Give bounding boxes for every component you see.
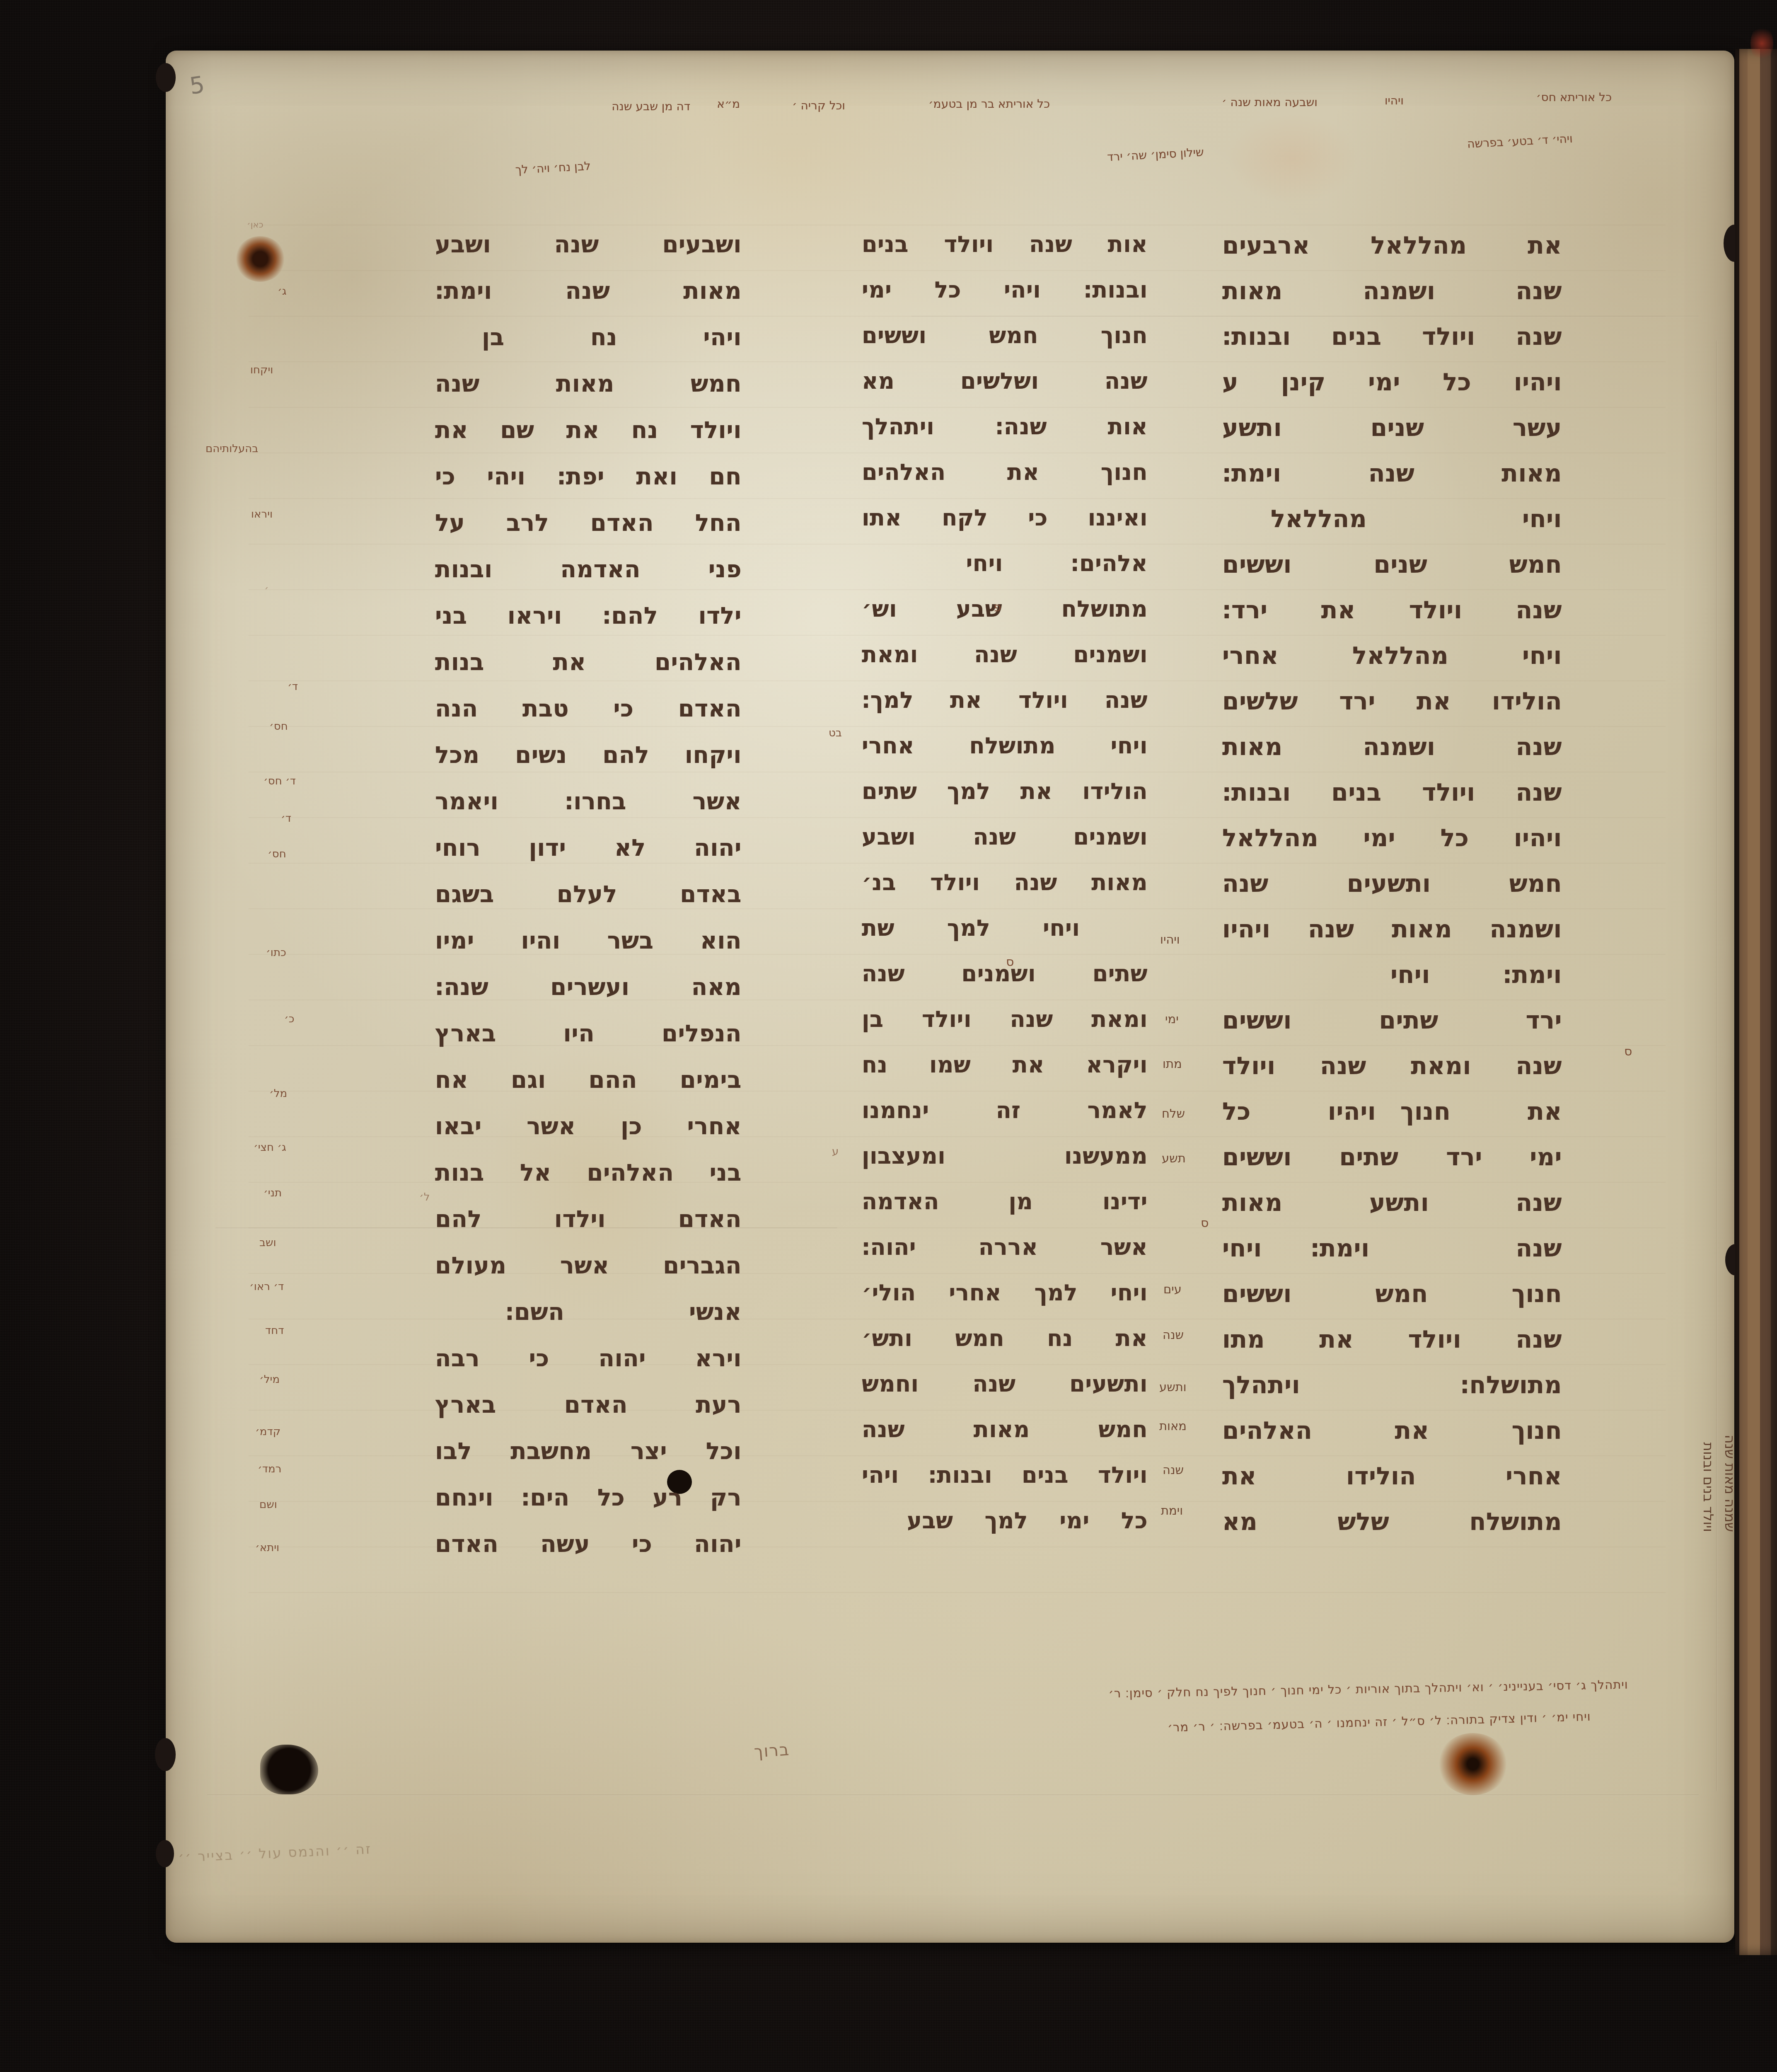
text-column-right: את מהללאל ארבעיםשנה ושמנה מאותשנה ויולד … (1222, 231, 1562, 1553)
text-line: ואיננו כי לקח אתו (862, 505, 1148, 550)
masorah-parva-note: ושם (259, 1498, 277, 1511)
masorah-parva-note: ע (832, 1145, 839, 1158)
gutter-correction-word: ויהיו (1160, 932, 1180, 946)
masorah-parva-note: ד׳ ראו׳ (249, 1280, 284, 1293)
masorah-top-fragment: דה מן שבע שנה (545, 99, 690, 113)
masorah-parva-note: ג׳ חצי׳ (254, 1141, 286, 1154)
text-line: בני האלהים אל בנות (435, 1159, 742, 1206)
text-line: עשר שנים ותשע (1222, 414, 1562, 459)
text-line: ותשעים שנה וחמש (862, 1371, 1148, 1416)
text-line: ושבעים שנה ושבע (435, 231, 742, 278)
masorah-parva-note: ושב (259, 1237, 276, 1249)
text-line: שנה ויולד את ירד׃ (1222, 596, 1562, 641)
text-line: ומאת שנה ויולד בן (862, 1006, 1148, 1052)
masorah-parva-note: רמד׳ (258, 1463, 281, 1475)
masorah-top-fragment: מ״א (699, 97, 740, 111)
quire-word: ברוך (754, 1740, 791, 1762)
text-line: האלהים את בנות (435, 649, 742, 695)
text-line: ובנות׃ ויהי כל ימי (862, 277, 1148, 322)
text-line: ויחי מהללאל אחרי (1222, 641, 1562, 687)
text-line: הנפלים היו בארץ (435, 1020, 742, 1067)
text-line: ויחי מהללאל (1222, 505, 1562, 550)
text-line: בימים ההם וגם אח (435, 1067, 742, 1113)
text-line: אחרי כן אשר יבאו (435, 1113, 742, 1159)
text-line: רעת האדם בארץ (435, 1392, 742, 1438)
text-line: ושמנים שנה ושבע (862, 824, 1148, 869)
masorah-top-fragment: שילון סימן׳ שה׳ ירד (1017, 145, 1204, 169)
manuscript-page: 5 כל אוריתא חס׳ויהיוושבעה מאות שנה ׳כל א… (166, 51, 1734, 1943)
text-line: הוא בשר והיו ימיו (435, 927, 742, 974)
gutter-correction-word: שנה (1163, 1463, 1184, 1477)
masorah-top-fragment: כל אוריתא חס׳ (1475, 90, 1612, 104)
masorah-top-fragment: וכל קריה ׳ (754, 99, 845, 112)
text-line: שתים ושמנים שנה (862, 961, 1148, 1006)
text-line: ויקרא את שמו נח (862, 1052, 1148, 1097)
text-line: חמש שנים וששים (1222, 550, 1562, 596)
masorah-parva-note: ד׳ (288, 680, 298, 693)
text-line: חמש ותשעים שנה (1222, 869, 1562, 915)
masorah-parva-note: דחד (265, 1324, 284, 1337)
photo-background: 5 כל אוריתא חס׳ויהיוושבעה מאות שנה ׳כל א… (0, 0, 1777, 2072)
masorah-parva-note: מל׳ (269, 1087, 287, 1100)
gutter-correction-word: ותשע (1159, 1380, 1187, 1394)
text-line: הולידו את למך שתים (862, 778, 1148, 824)
gutter-correction-word: וימת (1161, 1503, 1183, 1518)
masorah-parva-note: ג׳ (278, 285, 287, 298)
parasha-mark: פ (994, 600, 1001, 615)
text-line: אות שנה ויולד בנים (862, 231, 1148, 277)
text-line: האדם וילדו להם (435, 1206, 742, 1252)
text-line: מאות שנה וימת׃ (435, 278, 742, 324)
text-line: ויולד בנים ובנות׃ ויהי (862, 1462, 1148, 1508)
text-line: חמש מאות שנה (862, 1416, 1148, 1462)
text-line: את נח חמש ותש׳ (862, 1325, 1148, 1371)
masorah-parva-note: כאן׳ (247, 220, 264, 230)
text-line: אות שנה׃ ויתהלך (862, 414, 1148, 459)
text-line: הגברים אשר מעולם (435, 1252, 742, 1299)
text-line: ויולד נח את שם את (435, 417, 742, 463)
text-line: הולידו את ירד שלשים (1222, 687, 1562, 733)
red-edge-mark (1750, 25, 1773, 62)
text-line: אשר בחרו׃ ויאמר (435, 788, 742, 835)
text-line: ממעשנו ומעצבון (862, 1143, 1148, 1188)
text-line: ושמנה מאות שנה ויהיו (1222, 915, 1562, 961)
text-line: ויחי למך אחרי הולי׳ (862, 1280, 1148, 1325)
masorah-parva-note: ויקחו (250, 364, 273, 376)
text-line: שנה ותשע מאות (1222, 1188, 1562, 1234)
text-line: ויהיו כל ימי מהללאל (1222, 824, 1562, 869)
folio-number: 5 (188, 71, 206, 100)
parasha-mark: ס (1006, 955, 1014, 969)
text-column-left: ושבעים שנה ושבעמאות שנה וימת׃ויהי נח בן … (435, 231, 742, 1577)
text-line: מאות שנה וימת׃ (1222, 459, 1562, 505)
text-line: וימת׃ ויחי (1222, 961, 1562, 1006)
masorah-parva-note: ויתא׳ (255, 1542, 279, 1554)
masorah-parva-note: ׳ (264, 583, 269, 596)
masorah-parva-note: חס׳ (269, 720, 288, 733)
masorah-top-fragment: כל אוריתא בר מן בטעמ׳ (855, 97, 1050, 111)
text-line: וירא יהוה כי רבה (435, 1345, 742, 1392)
text-line: וכל יצר מחשבת לבו (435, 1438, 742, 1484)
text-line: שנה ויולד בנים ובנות׃ (1222, 322, 1562, 368)
parasha-mark: ס (1201, 1216, 1209, 1230)
masorah-parva-note: בט (829, 727, 842, 739)
masorah-parva-note: ל׳ (419, 1191, 430, 1203)
text-line: יהוה כי עשה האדם (435, 1531, 742, 1577)
text-line: שנה ומאת שנה ויולד (1222, 1052, 1562, 1097)
masorah-bottom-row1: ויתהלך ג׳ דסי׳ בעניינינ׳ ׳ וא׳ ויתהלך בת… (568, 1677, 1628, 1710)
text-line: ויהיו כל ימי קינן ע (1222, 368, 1562, 414)
burn-stain (235, 236, 285, 282)
text-line: חנוך חמש וששים (862, 322, 1148, 368)
text-line: שנה ויולד בנים ובנות׃ (1222, 778, 1562, 824)
text-line: אחרי הולידו את (1222, 1462, 1562, 1508)
text-line: שנה ויולד את מתו (1222, 1325, 1562, 1371)
masorah-top-fragment: ויהי׳ ד׳ בטע׳ בפרשה (1407, 132, 1573, 154)
gutter-correction-word: מתו (1163, 1057, 1182, 1071)
text-line: שנה ושלשים מא (862, 368, 1148, 414)
text-line: מתושלח שלש מא (1222, 1508, 1562, 1553)
gutter-correction-word: שנה (1163, 1328, 1184, 1342)
text-line: את חנוך ויהיו כל (1222, 1097, 1562, 1143)
setuma-mark: ס (1624, 1044, 1632, 1059)
masorah-parva-note: ד׳ חס׳ (264, 775, 296, 787)
masorah-parva-note: ויראו (251, 508, 273, 520)
gutter-correction-word: שלח (1162, 1106, 1185, 1121)
edge-notch (156, 1840, 174, 1867)
text-line: שנה ושמנה מאות (1222, 277, 1562, 322)
edge-notch (156, 63, 176, 92)
text-line: מאות שנה ויולד בנ׳ (862, 869, 1148, 915)
water-stain (1226, 113, 1359, 204)
text-line: ויהי נח בן (435, 324, 742, 370)
text-line: פני האדמה ובנות (435, 556, 742, 603)
gutter-correction-word: תשע (1162, 1151, 1186, 1165)
edge-notch (155, 1738, 176, 1771)
outer-margin-correction-line: ויולד בנים ובנות (1697, 1064, 1719, 1532)
text-line: יהוה לא ידון רוחי (435, 835, 742, 881)
rust-stain (1438, 1733, 1508, 1795)
ink-blot (260, 1745, 318, 1794)
text-line: באדם לעלם בשגם (435, 881, 742, 927)
masorah-parva-note: מיל׳ (259, 1373, 280, 1386)
gutter-correction-word: ימי (1165, 1012, 1179, 1026)
text-line: כל ימי למך שבע (862, 1508, 1148, 1553)
text-line: ושמנים שנה ומאת (862, 641, 1148, 687)
text-line: מאה ועשרים שנה׃ (435, 974, 742, 1020)
text-line: מתושלח׃ ויתהלך (1222, 1371, 1562, 1416)
masorah-top-fragment: לבן נח׳ ויה׳ לך (429, 159, 591, 181)
adjacent-folio-edge (1735, 49, 1777, 1955)
masorah-parva-note: תני׳ (264, 1187, 282, 1199)
text-line: לאמר זה ינחמנו (862, 1097, 1148, 1143)
text-line: את מהללאל ארבעים (1222, 231, 1562, 277)
text-line: ידינו מן האדמה (862, 1188, 1148, 1234)
text-line: ירד שתים וששים (1222, 1006, 1562, 1052)
masorah-parva-note: חס׳ (268, 848, 286, 860)
text-line: שנה וימת׃ ויחי (1222, 1234, 1562, 1280)
text-line: מתושלח שבע וש׳ (862, 596, 1148, 641)
gutter-correction-word: מאות (1159, 1419, 1187, 1433)
text-line: ילדו להם׃ ויראו בני (435, 603, 742, 649)
text-line: חנוך את האלהים (1222, 1416, 1562, 1462)
masorah-top-fragment: ויהיו (1350, 94, 1404, 107)
text-line: החל האדם לרב על (435, 510, 742, 556)
masorah-top-fragment: ושבעה מאות שנה ׳ (1135, 95, 1318, 109)
text-line: רק רע כל הים׃ וינחם (435, 1484, 742, 1531)
gutter-correction-word: עים (1163, 1282, 1182, 1296)
masorah-parva-note: בהעלותיהם (206, 443, 258, 455)
masorah-parva-note: קדמ׳ (255, 1426, 280, 1438)
text-line: אנשי השם׃ (435, 1299, 742, 1345)
faded-inscription: זה ׳׳ והנמס עול ׳׳ בצייר ׳׳ (178, 1841, 372, 1865)
text-line: שנה ושמנה מאות (1222, 733, 1562, 778)
text-line: חם ואת יפת׃ ויהי כי (435, 463, 742, 510)
masorah-parva-note: ד׳ (281, 812, 291, 825)
text-line: ימי ירד שתים וששים (1222, 1143, 1562, 1188)
text-line: חנוך חמש וששים (1222, 1280, 1562, 1325)
masorah-parva-note: כתו׳ (266, 946, 286, 959)
text-line: ויקחו להם נשים מכל (435, 742, 742, 788)
masorah-bottom-row2: ויחי ימ׳ ׳ ודין צדיק בתורה׃ ל׳ ס״ל ׳ זה … (476, 1709, 1591, 1752)
text-line (862, 1553, 1148, 1599)
text-line: שנה ויולד את למך׃ (862, 687, 1148, 733)
text-line: האדם כי טבת הנה (435, 695, 742, 742)
text-line: חמש מאות שנה (435, 370, 742, 417)
text-column-middle: אות שנה ויולד בניםובנות׃ ויהי כל ימיחנוך… (862, 231, 1148, 1599)
text-line: ויחי מתושלח אחרי (862, 733, 1148, 778)
text-line: אשר אררה יהוה׃ (862, 1234, 1148, 1280)
masorah-parva-note: כ׳ (284, 1013, 295, 1025)
text-line: ויחי למך שת (862, 915, 1148, 961)
text-line: אלהים׃ ויחי (862, 550, 1148, 596)
text-line: חנוך את האלהים (862, 459, 1148, 505)
